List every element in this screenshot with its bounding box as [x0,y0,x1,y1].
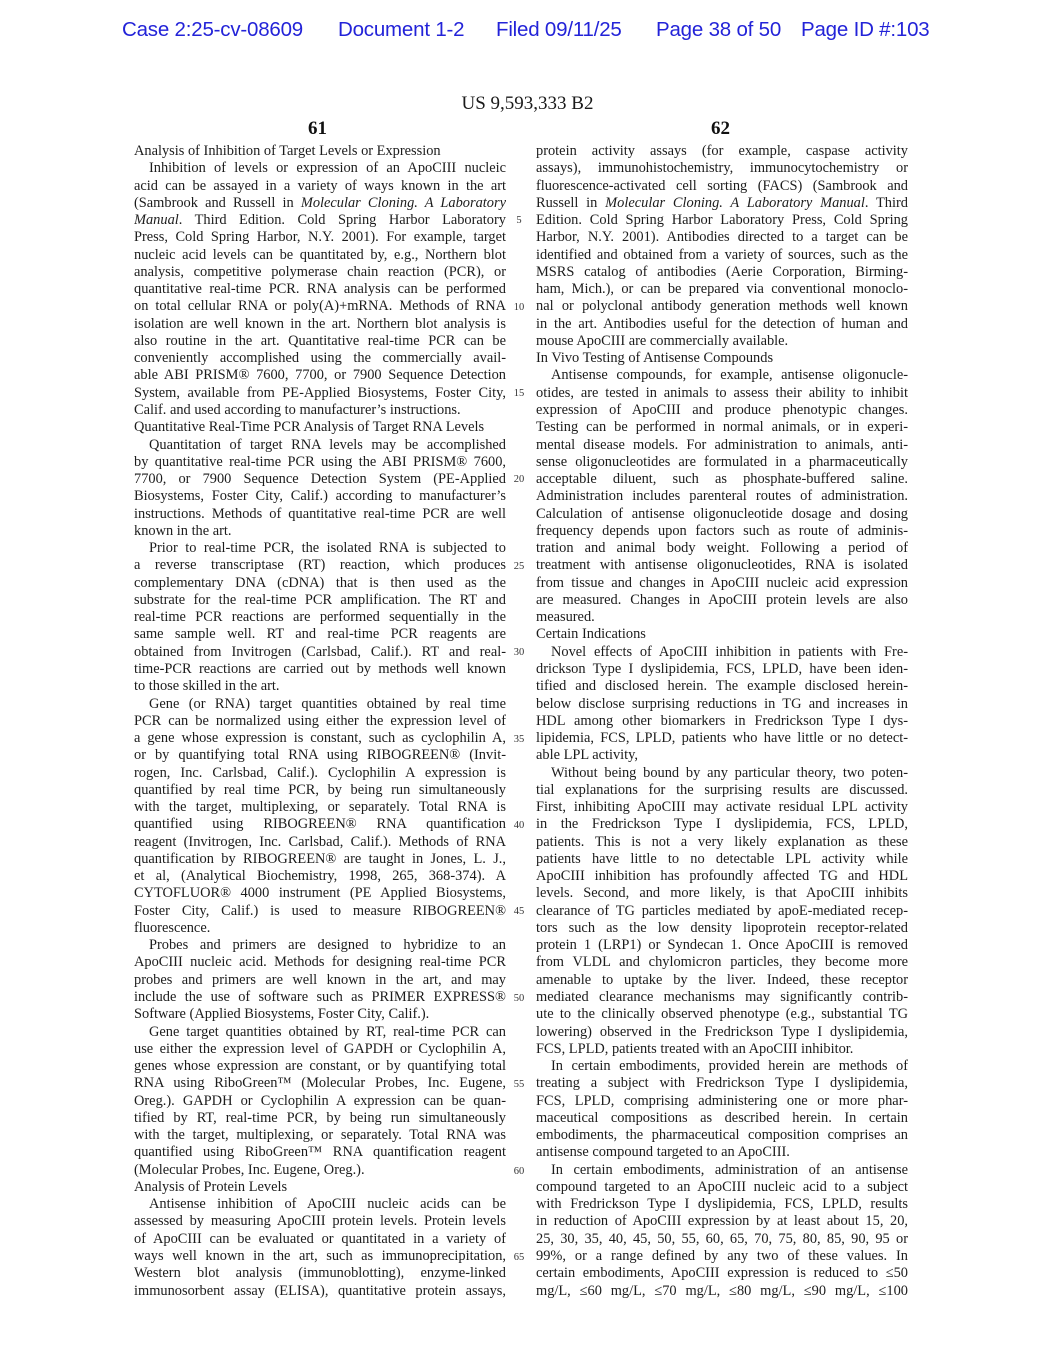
text-line: fluorescence. [134,920,506,937]
text-line: expression of ApoCIII and produce phenot… [536,402,908,419]
text-line: from tissue and changes in ApoCIII nucle… [536,575,908,592]
text-line: same sample well. RT and real-time PCR r… [134,626,506,643]
text-line: Foster City, Calif.) is used to measure … [134,903,506,920]
text-line: lipidemia, FCS, LPLD, patients who have … [536,730,908,747]
text-line: able LPL activity, [536,747,908,764]
text-line: include the use of software such as PRIM… [134,989,506,1006]
text-line: patients. This is not a very likely expl… [536,834,908,851]
text-line: 7700, or 7900 Sequence Detection System … [134,471,506,488]
text-line: ApoCIII inhibition has profoundly affect… [536,868,908,885]
line-number: 60 [508,1163,530,1180]
text-line: otides, are tested in animals to assess … [536,385,908,402]
text-line: Gene (or RNA) target quantities obtained… [134,696,506,713]
text-line: First, inhibiting ApoCIII may activate r… [536,799,908,816]
text-line: ApoCIII nucleic acid. Methods for design… [134,954,506,971]
text-line: mg/L, ≤60 mg/L, ≤70 mg/L, ≤80 mg/L, ≤90 … [536,1283,908,1300]
text-line: Edition. Cold Spring Harbor Laboratory P… [536,212,908,229]
text-line: obtained from Invitrogen (Carlsbad, Cali… [134,644,506,661]
text-line: assays), immunohistochemistry, immunocyt… [536,160,908,177]
text-line: CYTOFLUOR® 4000 instrument (PE Applied B… [134,885,506,902]
text-line: with the target, multiplexing, or separa… [134,1127,506,1144]
text-line: treatment with antisense oligonucleotide… [536,557,908,574]
right-column-number: 62 [711,118,730,140]
text-line: of ApoCIII can be evaluated or quantitat… [134,1231,506,1248]
text-line: nal or polyclonal antibody generation me… [536,298,908,315]
line-number: 20 [508,471,530,488]
text-line: clearance of TG particles mediated by ap… [536,903,908,920]
text-line: lowering) observed in the Fredrickson Ty… [536,1024,908,1041]
text-line: by quantitative real-time PCR using the … [134,454,506,471]
text-line: are measured. Changes in ApoCIII protein… [536,592,908,609]
text-line: analysis, competitive polymerase chain r… [134,264,506,281]
text-line: rogen, Inc. Carlsbad, Calif.). Cyclophil… [134,765,506,782]
page-id: Page ID #:103 [801,18,929,42]
text-line: Without being bound by any particular th… [536,765,908,782]
text-line: immunosorbent assay (ELISA), quantitativ… [134,1283,506,1300]
text-line: certain embodiments, ApoCIII expression … [536,1265,908,1282]
text-line: Probes and primers are designed to hybri… [134,937,506,954]
text-line: mediated clearance mechanisms may signif… [536,989,908,1006]
text-line: in the art. Antibodies useful for the de… [536,316,908,333]
text-line: real-time PCR reactions are performed se… [134,609,506,626]
text-line: Harbor, N.Y. 2001). Antibodies directed … [536,229,908,246]
text-line: protein 1 (LRP1) or Syndecan 1. Once Apo… [536,937,908,954]
text-line: in the Fredrickson Type I dyslipidemia, … [536,816,908,833]
right-text-column: protein activity assays (for example, ca… [536,143,908,1300]
text-line: Inhibition of levels or expression of an… [134,160,506,177]
text-line: HDL among other biomarkers in Fredrickso… [536,713,908,730]
text-line: mouse ApoCIII are commercially available… [536,333,908,350]
text-line: assessed by measuring ApoCIII protein le… [134,1213,506,1230]
text-line: complementary DNA (cDNA) that is then us… [134,575,506,592]
text-line: Gene target quantities obtained by RT, r… [134,1024,506,1041]
line-number: 45 [508,903,530,920]
text-line: ham, Mich.), or can be prepared via conv… [536,281,908,298]
section-heading: In Vivo Testing of Antisense Compounds [536,350,908,367]
text-line: conveniently accomplished using the comm… [134,350,506,367]
text-line: 99%, or a range defined by any two of th… [536,1248,908,1265]
text-line: Biosystems, Foster City, Calif.) accordi… [134,488,506,505]
text-line: Prior to real-time PCR, the isolated RNA… [134,540,506,557]
text-line: a gene whose expression is constant, suc… [134,730,506,747]
text-line: sense oligonucleotides are formulated in… [536,454,908,471]
line-number: 15 [508,385,530,402]
left-column-number: 61 [308,118,327,140]
text-line: tors such as the low density lipoprotein… [536,920,908,937]
text-line: Antisense compounds, for example, antise… [536,367,908,384]
text-line: fluorescence-activated cell sorting (FAC… [536,178,908,195]
section-heading: Analysis of Inhibition of Target Levels … [134,143,506,160]
text-line: treating a subject with Fredrickson Type… [536,1075,908,1092]
line-number: 35 [508,731,530,748]
text-line: embodiments, the pharmaceutical composit… [536,1127,908,1144]
text-line: tified by RT, real-time PCR, by being ru… [134,1110,506,1127]
text-line: Software (Applied Biosystems, Foster Cit… [134,1006,506,1023]
text-line: measured. [536,609,908,626]
text-line: tration and animal body weight. Followin… [536,540,908,557]
text-line: protein activity assays (for example, ca… [536,143,908,160]
text-line: FCS, LPLD, comprising administering one … [536,1093,908,1110]
text-line: Russell in Molecular Cloning. A Laborato… [536,195,908,212]
section-heading: Analysis of Protein Levels [134,1179,506,1196]
line-number: 55 [508,1076,530,1093]
text-line: In certain embodiments, provided herein … [536,1058,908,1075]
text-line: Western blot analysis (immunoblotting), … [134,1265,506,1282]
text-line: in reduction of ApoCIII expression by at… [536,1213,908,1230]
text-line: drickson Type I dyslipidemia, FCS, LPLD,… [536,661,908,678]
text-line: ute to the clinically observed phenotype… [536,1006,908,1023]
text-line: tified and disclosed herein. The example… [536,678,908,695]
text-line: PCR can be normalized using either the e… [134,713,506,730]
text-line: quantified using RiboGreen™ RNA quantifi… [134,1144,506,1161]
text-line: Press, Cold Spring Harbor, N.Y. 2001). F… [134,229,506,246]
text-line: time-PCR reactions are carried out by me… [134,661,506,678]
text-line: Calif. and used according to manufacture… [134,402,506,419]
line-number: 10 [508,299,530,316]
text-line: amenable to uptake by the liver. Indeed,… [536,972,908,989]
text-line: Manual. Third Edition. Cold Spring Harbo… [134,212,506,229]
text-line: Novel effects of ApoCIII inhibition in p… [536,644,908,661]
text-line: Antisense inhibition of ApoCIII nucleic … [134,1196,506,1213]
text-line: genes whose expression are constant, or … [134,1058,506,1075]
text-line: patients have little to no detectable LP… [536,851,908,868]
text-line: below disclose surprising reductions in … [536,696,908,713]
text-line: mental disease models. For administratio… [536,437,908,454]
text-line: quantified by real time PCR, by being ru… [134,782,506,799]
patent-number: US 9,593,333 B2 [0,93,1055,115]
line-number: 40 [508,817,530,834]
text-line: also routine in the art. Quantitative re… [134,333,506,350]
text-line: instructions. Methods of quantitative re… [134,506,506,523]
text-line: to those skilled in the art. [134,678,506,695]
text-line: (Molecular Probes, Inc. Eugene, Oreg.). [134,1162,506,1179]
text-line: Administration includes parenteral route… [536,488,908,505]
line-number: 5 [508,212,530,229]
left-text-column: Analysis of Inhibition of Target Levels … [134,143,506,1300]
text-line: quantified using RIBOGREEN® RNA quantifi… [134,816,506,833]
text-line: compound targeted to an ApoCIII nucleic … [536,1179,908,1196]
text-line: levels. Second, and more likely, is that… [536,885,908,902]
text-line: RNA using RiboGreen™ (Molecular Probes, … [134,1075,506,1092]
text-line: from VLDL and chylomicron particles, the… [536,954,908,971]
text-line: reagent (Invitrogen, Inc. Carlsbad, Cali… [134,834,506,851]
text-line: System, available from PE-Applied Biosys… [134,385,506,402]
text-line: with the target, multiplexing, or separa… [134,799,506,816]
text-line: quantification by RIBOGREEN® are taught … [134,851,506,868]
text-line: probes and primers are well known in the… [134,972,506,989]
text-line: acceptable diluent, such as phosphate-bu… [536,471,908,488]
text-line: on total cellular RNA or poly(A)+mRNA. M… [134,298,506,315]
text-line: FCS, LPLD, patients treated with an ApoC… [536,1041,908,1058]
text-line: In certain embodiments, administration o… [536,1162,908,1179]
line-number: 65 [508,1249,530,1266]
text-line: or by quantifying total RNA using RIBOGR… [134,747,506,764]
text-line: Oreg.). GAPDH or Cyclophilin A expressio… [134,1093,506,1110]
case-number: Case 2:25-cv-08609 [122,18,303,42]
line-number: 50 [508,990,530,1007]
text-line: Quantitation of target RNA levels may be… [134,437,506,454]
text-line: antisense compound targeted to an ApoCII… [536,1144,908,1161]
line-number: 30 [508,644,530,661]
text-line: able ABI PRISM® 7600, 7700, or 7900 Sequ… [134,367,506,384]
line-number: 25 [508,558,530,575]
text-line: isolation are well known in the art. Nor… [134,316,506,333]
text-line: use either the expression level of GAPDH… [134,1041,506,1058]
text-line: maceutical compositions as described her… [536,1110,908,1127]
text-line: et al, (Analytical Biochemistry, 1998, 2… [134,868,506,885]
text-line: with Fredrickson Type I dyslipidemia, FC… [536,1196,908,1213]
text-line: 25, 30, 35, 40, 45, 50, 55, 60, 65, 70, … [536,1231,908,1248]
text-line: (Sambrook and Russell in Molecular Cloni… [134,195,506,212]
text-line: ways well known in the art, such as immu… [134,1248,506,1265]
text-line: frequency depends upon factors such as r… [536,523,908,540]
document-number: Document 1-2 [338,18,464,42]
text-line: Testing can be performed in normal anima… [536,419,908,436]
text-line: known in the art. [134,523,506,540]
section-heading: Quantitative Real-Time PCR Analysis of T… [134,419,506,436]
text-line: quantitative real-time PCR. RNA analysis… [134,281,506,298]
text-line: nucleic acid levels can be quantitated b… [134,247,506,264]
text-line: substrate for the real-time PCR amplific… [134,592,506,609]
text-line: Calculation of antisense oligonucleotide… [536,506,908,523]
page-count: Page 38 of 50 [656,18,781,42]
section-heading: Certain Indications [536,626,908,643]
text-line: identified and obtained from a variety o… [536,247,908,264]
text-line: a reverse transcriptase (RT) reaction, w… [134,557,506,574]
text-line: acid can be assayed in a variety of ways… [134,178,506,195]
text-line: MSRS catalog of antibodies (Aerie Corpor… [536,264,908,281]
filed-date: Filed 09/11/25 [496,18,622,42]
text-line: tial explanations for the surprising res… [536,782,908,799]
